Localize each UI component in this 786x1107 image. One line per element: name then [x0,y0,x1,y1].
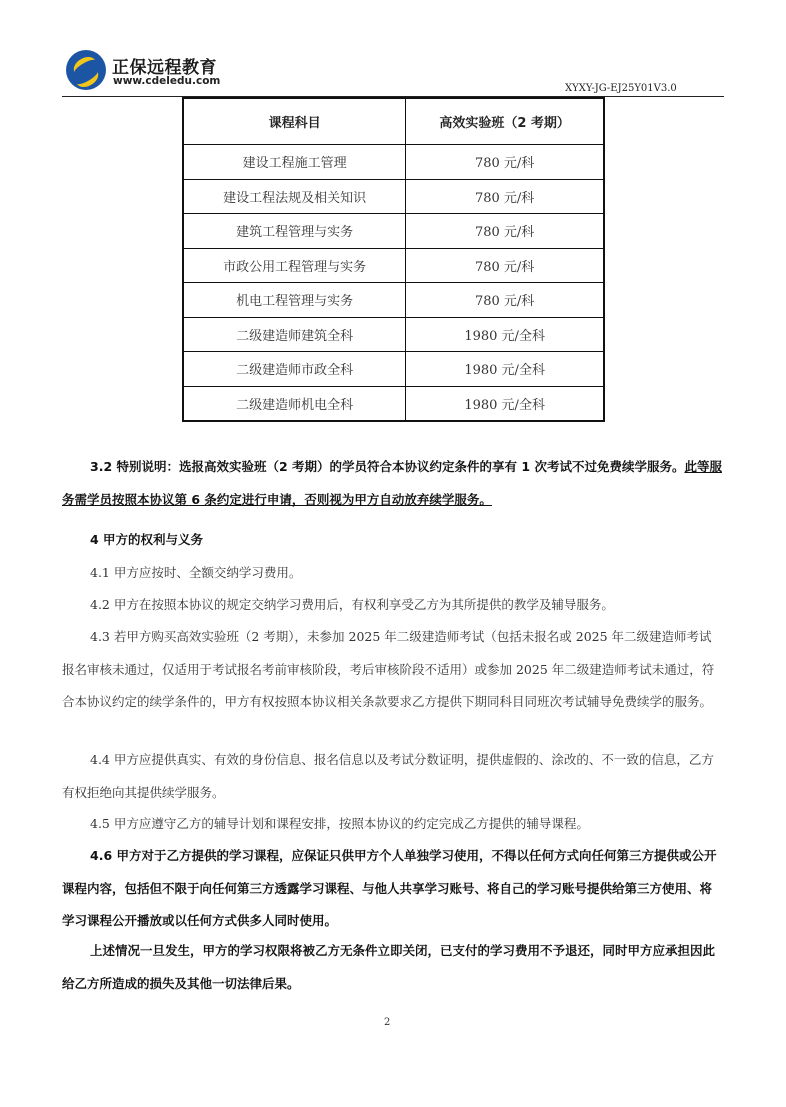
price-cell: 780 元/科 [406,248,604,283]
table-row: 建设工程施工管理780 元/科 [183,145,604,180]
price-cell: 780 元/科 [406,283,604,318]
course-cell: 建筑工程管理与实务 [183,214,406,249]
column-header-course: 课程科目 [183,98,406,145]
price-cell: 780 元/科 [406,145,604,180]
table-row: 建筑工程管理与实务780 元/科 [183,214,604,249]
course-cell: 二级建造师建筑全科 [183,317,406,352]
clause-4-6: 4.6 甲方对于乙方提供的学习课程，应保证只供甲方个人单独学习使用，不得以任何方… [62,840,724,938]
table-row: 二级建造师建筑全科1980 元/全科 [183,317,604,352]
course-cell: 建设工程施工管理 [183,145,406,180]
page-number: 2 [384,1017,390,1028]
table-row: 二级建造师市政全科1980 元/全科 [183,352,604,387]
clause-4-6-consequence: 上述情况一旦发生，甲方的学习权限将被乙方无条件立即关闭，已支付的学习费用不予退还… [62,935,724,1000]
clause-3-2-text: 3.2 特别说明：选报高效实验班（2 考期）的学员符合本协议约定条件的享有 1 … [90,459,684,474]
table-row: 二级建造师机电全科1980 元/全科 [183,386,604,421]
course-cell: 二级建造师市政全科 [183,352,406,387]
course-cell: 机电工程管理与实务 [183,283,406,318]
price-cell: 780 元/科 [406,214,604,249]
company-logo: 正保远程教育 www.cdeledu.com [66,50,216,92]
price-cell: 780 元/科 [406,179,604,214]
price-table: 课程科目 高效实验班（2 考期） 建设工程施工管理780 元/科 建设工程法规及… [182,97,605,422]
table-row: 市政公用工程管理与实务780 元/科 [183,248,604,283]
clause-4-3: 4.3 若甲方购买高效实验班（2 考期），未参加 2025 年二级建造师考试（包… [62,621,724,719]
clause-4-5: 4.5 甲方应遵守乙方的辅导计划和课程安排，按照本协议的约定完成乙方提供的辅导课… [62,808,724,841]
price-cell: 1980 元/全科 [406,317,604,352]
course-cell: 建设工程法规及相关知识 [183,179,406,214]
table-header-row: 课程科目 高效实验班（2 考期） [183,98,604,145]
column-header-price: 高效实验班（2 考期） [406,98,604,145]
clause-3-2: 3.2 特别说明：选报高效实验班（2 考期）的学员符合本协议约定条件的享有 1 … [62,451,724,516]
price-cell: 1980 元/全科 [406,352,604,387]
price-cell: 1980 元/全科 [406,386,604,421]
logo-url: www.cdeledu.com [113,75,220,87]
clause-4-1: 4.1 甲方应按时、全额交纳学习费用。 [62,557,724,590]
table-row: 建设工程法规及相关知识780 元/科 [183,179,604,214]
document-code: XYXY-JG-EJ25Y01V3.0 [565,83,677,94]
course-cell: 市政公用工程管理与实务 [183,248,406,283]
clause-4-4: 4.4 甲方应提供真实、有效的身份信息、报名信息以及考试分数证明，提供虚假的、涂… [62,744,724,809]
course-cell: 二级建造师机电全科 [183,386,406,421]
section-4-title: 4 甲方的权利与义务 [62,524,724,557]
table-row: 机电工程管理与实务780 元/科 [183,283,604,318]
logo-emblem-icon [66,50,106,90]
clause-4-2: 4.2 甲方在按照本协议的规定交纳学习费用后，有权利享受乙方为其所提供的教学及辅… [62,589,724,622]
